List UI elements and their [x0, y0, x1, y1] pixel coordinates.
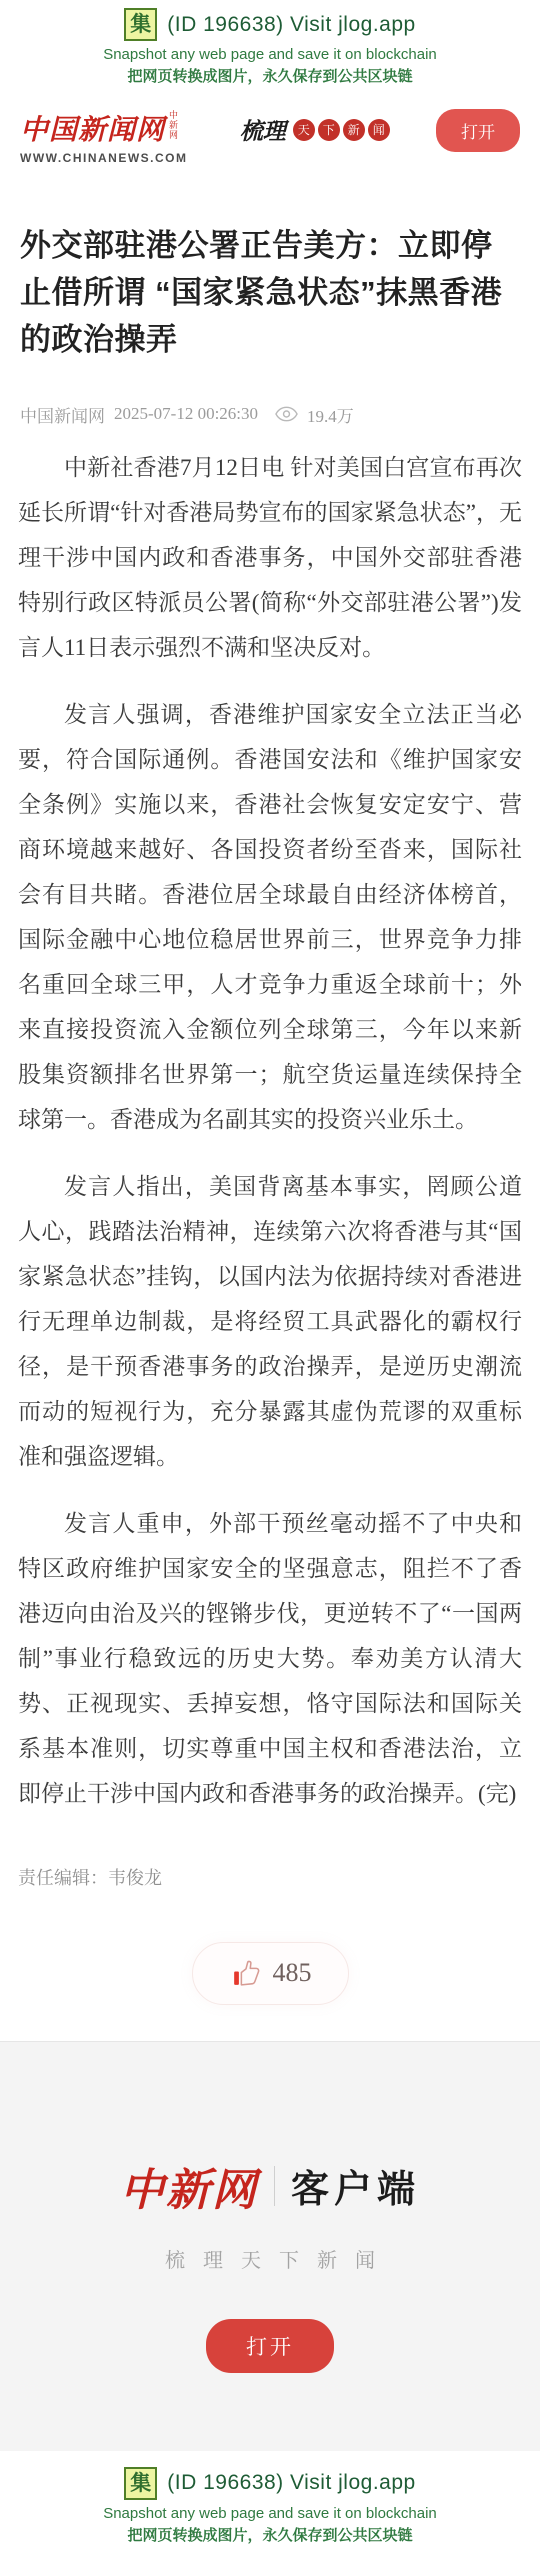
- jlog-id-text: (ID 196638) Visit jlog.app: [167, 2471, 415, 2495]
- article-paragraph: 发言人强调，香港维护国家安全立法正当必要，符合国际通例。香港国安法和《维护国家安…: [18, 692, 522, 1142]
- promo-divider: [274, 2166, 275, 2206]
- article-title: 外交部驻港公署正告美方：立即停止借所谓 “国家紧急状态”抹黑香港的政治操弄: [0, 202, 540, 369]
- app-promo-section: 中新网 客户端 梳理天下新闻 打开: [0, 2041, 540, 2451]
- jlog-link[interactable]: 集 (ID 196638) Visit jlog.app: [0, 8, 540, 41]
- jlog-tagline-zh: 把网页转换成图片，永久保存到公共区块链: [0, 65, 540, 86]
- like-section: 485: [0, 1942, 540, 2005]
- jlog-ji-badge-icon: 集: [124, 8, 157, 41]
- editor-credit: 责任编辑：韦俊龙: [0, 1838, 540, 1890]
- jlog-banner-top: 集 (ID 196638) Visit jlog.app Snapshot an…: [0, 0, 540, 94]
- article-paragraph: 发言人重申，外部干预丝毫动摇不了中央和特区政府维护国家安全的坚强意志，阻拦不了香…: [18, 1501, 522, 1816]
- article-source: 中国新闻网: [20, 402, 105, 427]
- jlog-id-text: (ID 196638) Visit jlog.app: [167, 13, 415, 37]
- chinanews-logo[interactable]: 中国新闻网 中新网 WWW.CHINANEWS.COM: [20, 108, 187, 165]
- slogan-seal-icon: 新: [343, 119, 365, 141]
- header-open-app-button[interactable]: 打开: [436, 109, 520, 152]
- view-count: 19.4万: [307, 402, 354, 427]
- slogan-script-text: 梳理: [240, 113, 286, 146]
- site-header: 中国新闻网 中新网 WWW.CHINANEWS.COM 梳理 天 下 新 闻 打…: [0, 94, 540, 181]
- promo-client-label: 客户端: [291, 2158, 420, 2213]
- header-slogan: 梳理 天 下 新 闻: [240, 113, 390, 146]
- promo-open-app-button[interactable]: 打开: [206, 2319, 334, 2373]
- jlog-banner-bottom: 集 (ID 196638) Visit jlog.app Snapshot an…: [0, 2451, 540, 2557]
- chinanews-logo-side-text: 中新网: [169, 110, 180, 140]
- jlog-tagline-en: Snapshot any web page and save it on blo…: [0, 46, 540, 63]
- jlog-ji-badge-icon: 集: [124, 2467, 157, 2500]
- promo-tagline: 梳理天下新闻: [0, 2244, 540, 2273]
- promo-logo-text: 中新网: [120, 2154, 258, 2218]
- slogan-seal-icon: 下: [318, 119, 340, 141]
- article-paragraph: 发言人指出，美国背离基本事实，罔顾公道人心，践踏法治精神，连续第六次将香港与其“…: [18, 1164, 522, 1479]
- jlog-tagline-zh: 把网页转换成图片，永久保存到公共区块链: [0, 2524, 540, 2545]
- article-paragraph: 中新社香港7月12日电 针对美国白宫宣布再次延长所谓“针对香港局势宣布的国家紧急…: [18, 445, 522, 670]
- article-body: 中新社香港7月12日电 针对美国白宫宣布再次延长所谓“针对香港局势宣布的国家紧急…: [0, 427, 540, 1816]
- jlog-tagline-en: Snapshot any web page and save it on blo…: [0, 2505, 540, 2522]
- views-eye-icon: [275, 406, 298, 422]
- like-count: 485: [273, 1958, 312, 1988]
- article-datetime: 2025-07-12 00:26:30: [114, 404, 258, 424]
- chinanews-logo-text: 中国新闻网: [20, 108, 165, 148]
- slogan-seal-icon: 闻: [368, 119, 390, 141]
- promo-logo-row: 中新网 客户端: [0, 2154, 540, 2218]
- article-meta: 中国新闻网 2025-07-12 00:26:30 19.4万: [0, 390, 540, 427]
- like-button[interactable]: 485: [192, 1942, 349, 2005]
- jlog-link[interactable]: 集 (ID 196638) Visit jlog.app: [0, 2467, 540, 2500]
- chinanews-url: WWW.CHINANEWS.COM: [20, 151, 187, 165]
- slogan-seal-icon: 天: [293, 119, 315, 141]
- thumbs-up-icon: [229, 1957, 262, 1990]
